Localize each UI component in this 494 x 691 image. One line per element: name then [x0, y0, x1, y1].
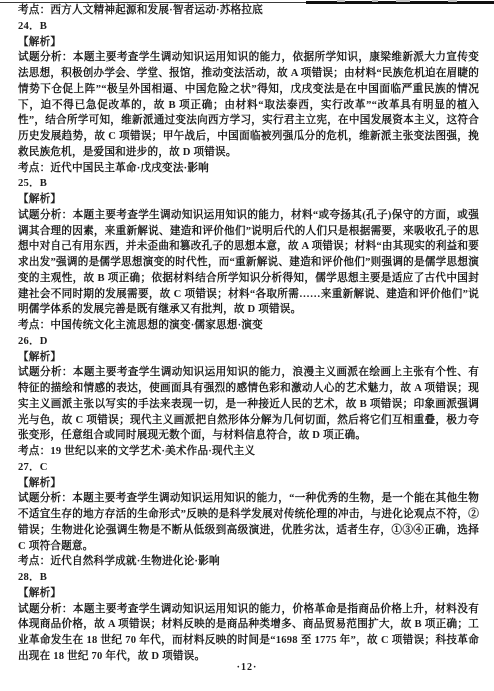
document-content: 考点：西方人文精神起源和发展·智者运动·苏格拉底24．B【解析】试题分析：本题主…	[18, 3, 479, 665]
exam-point-line: 考点：近代中国民主革命·戊戌变法·影响	[18, 161, 479, 177]
analysis-label: 【解析】	[18, 35, 479, 51]
answer-line: 25．B	[18, 176, 479, 192]
analysis-label: 【解析】	[18, 350, 479, 366]
analysis-paragraph: 试题分析：本题主要考查学生调动知识运用知识的能力，材料“或夸扬其(孔子)保守的方…	[18, 208, 479, 318]
analysis-paragraph: 试题分析：本题主要考查学生调动知识运用知识的能力，依据所学知识，康梁维新派大力宣…	[18, 50, 479, 160]
scan-artifact	[396, 0, 410, 2]
analysis-label: 【解析】	[18, 476, 479, 492]
exam-point-line: 考点：西方人文精神起源和发展·智者运动·苏格拉底	[18, 3, 479, 19]
scan-artifact	[372, 0, 378, 2]
scan-artifact	[448, 0, 457, 2]
answer-line: 24．B	[18, 19, 479, 35]
answer-line: 27．C	[18, 460, 479, 476]
document-page: 考点：西方人文精神起源和发展·智者运动·苏格拉底24．B【解析】试题分析：本题主…	[0, 0, 494, 691]
scan-artifact	[337, 0, 345, 2]
analysis-paragraph: 试题分析：本题主要考查学生调动知识运用知识的能力，浪漫主义画派在绘画上主张有个性…	[18, 365, 479, 444]
exam-point-line: 考点：19 世纪以来的文学艺术·美术作品·现代主义	[18, 444, 479, 460]
analysis-label: 【解析】	[18, 586, 479, 602]
analysis-paragraph: 试题分析：本题主要考查学生调动知识运用知识的能力，“一种优秀的生物，是一个能在其…	[18, 491, 479, 554]
answer-line: 26．D	[18, 334, 479, 350]
page-number: ·12·	[0, 662, 494, 673]
exam-point-line: 考点：近代自然科学成就·生物进化论·影响	[18, 554, 479, 570]
analysis-label: 【解析】	[18, 192, 479, 208]
answer-line: 28．B	[18, 570, 479, 586]
exam-point-line: 考点：中国传统文化主流思想的演变·儒家思想·演变	[18, 318, 479, 334]
analysis-paragraph: 试题分析：本题主要考查学生调动知识运用知识的能力，价格革命是指商品价格上升，材料…	[18, 602, 479, 665]
